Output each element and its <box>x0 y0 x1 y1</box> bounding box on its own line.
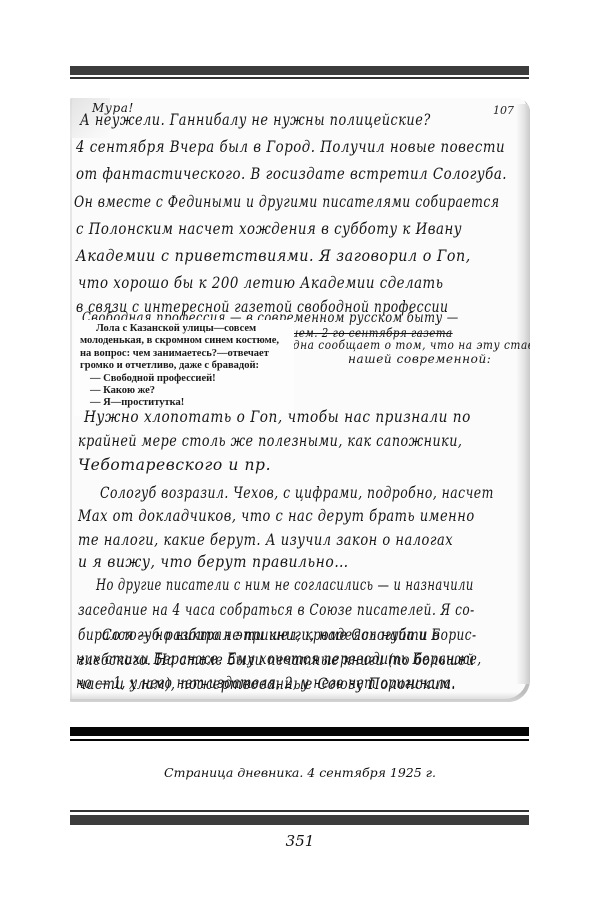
handwritten-line: них стихи Беранже. Ему хочется переводит… <box>76 650 482 668</box>
caption-rule-top-thick <box>70 727 529 736</box>
handwritten-line: но — 1, у него нет издателя, 2, у него н… <box>76 674 456 692</box>
caption-rule-top-thin <box>70 739 529 741</box>
footer-rule-thick <box>70 815 529 825</box>
handwritten-line: Сологуб разбирал эти книги, надеясь найт… <box>102 626 440 644</box>
top-rule-thick <box>70 66 529 75</box>
footer-rule-thin <box>70 810 529 812</box>
top-rule-thin <box>70 77 529 79</box>
figure-caption: Страница дневника. 4 сентября 1925 г. <box>0 765 600 780</box>
facsimile-final-lines <box>70 98 530 702</box>
page-number: 351 <box>0 832 600 850</box>
